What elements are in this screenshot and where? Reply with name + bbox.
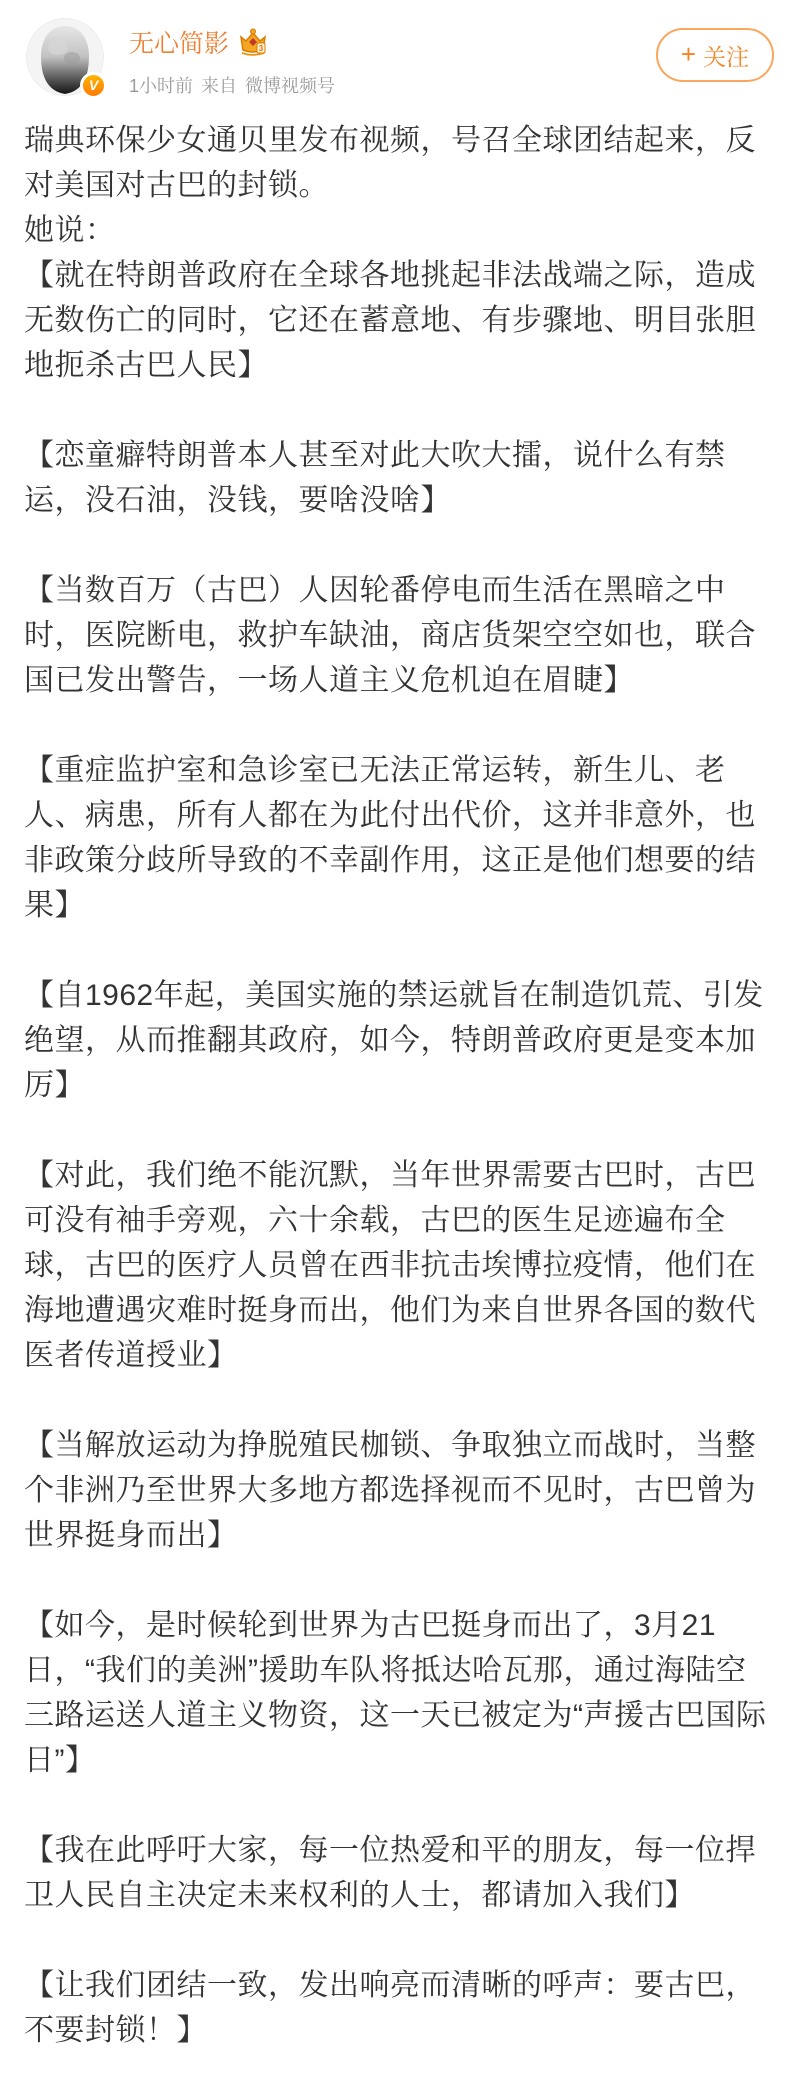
follow-button-label: 关注 — [703, 39, 749, 72]
post-paragraph: 瑞典环保少女通贝里发布视频，号召全球团结起来，反对美国对古巴的封锁。 — [24, 118, 774, 208]
username[interactable]: 无心简影 — [129, 24, 229, 60]
post-paragraph: 【当数百万（古巴）人因轮番停电而生活在黑暗之中时，医院断电，救护车缺油，商店货架… — [24, 568, 774, 703]
source-prefix: 来自 — [201, 72, 237, 98]
follow-button[interactable]: + 关注 — [656, 28, 774, 82]
weibo-post-page: V 无心简影 3 1小时前 来自 微博 — [0, 0, 800, 2083]
post-paragraph: 【对此，我们绝不能沉默，当年世界需要古巴时，古巴可没有袖手旁观，六十余载，古巴的… — [24, 1153, 774, 1378]
avatar[interactable]: V — [26, 18, 104, 96]
post-paragraph: 【如今，是时候轮到世界为古巴挺身而出了，3月21日，“我们的美洲”援助车队将抵达… — [24, 1603, 774, 1783]
post-meta: 1小时前 来自 微博视频号 — [129, 72, 656, 98]
post-paragraph: 【就在特朗普政府在全球各地挑起非法战端之际，造成无数伤亡的同时，它还在蓄意地、有… — [24, 253, 774, 388]
post-content: 瑞典环保少女通贝里发布视频，号召全球团结起来，反对美国对古巴的封锁。 她说： 【… — [0, 98, 800, 2083]
post-paragraph: 【自1962年起，美国实施的禁运就旨在制造饥荒、引发绝望，从而推翻其政府，如今，… — [24, 973, 774, 1108]
post-paragraph: 【让我们团结一致，发出响亮而清晰的呼声：要古巴，不要封锁！】 — [24, 1963, 774, 2053]
post-paragraph: 【我在此呼吁大家，每一位热爱和平的朋友，每一位捍卫人民自主决定未来权利的人士，都… — [24, 1828, 774, 1918]
post-header: V 无心简影 3 1小时前 来自 微博 — [0, 0, 800, 98]
user-info: 无心简影 3 1小时前 来自 微博视频号 — [129, 18, 656, 98]
post-paragraph: 【重症监护室和急诊室已无法正常运转，新生儿、老人、病患，所有人都在为此付出代价，… — [24, 748, 774, 928]
plus-icon: + — [681, 41, 696, 67]
verified-badge-icon: V — [80, 72, 107, 99]
vip-level-number: 3 — [259, 44, 264, 53]
post-paragraph: 她说： — [24, 208, 774, 253]
post-paragraph: 【恋童癖特朗普本人甚至对此大吹大擂，说什么有禁运，没石油，没钱，要啥没啥】 — [24, 433, 774, 523]
timestamp: 1小时前 — [129, 72, 193, 98]
vip-crown-icon: 3 — [237, 27, 269, 57]
post-paragraph: 【当解放运动为挣脱殖民枷锁、争取独立而战时，当整个非洲乃至世界大多地方都选择视而… — [24, 1423, 774, 1558]
source-link[interactable]: 微博视频号 — [245, 72, 335, 98]
